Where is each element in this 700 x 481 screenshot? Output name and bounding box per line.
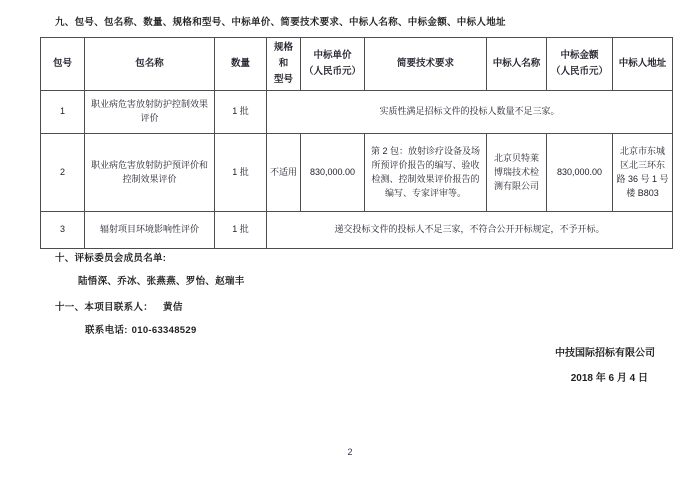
table-row: 3 辐射项目环境影响性评价 1 批 递交投标文件的投标人不足三家，不符合公开开标… [41,212,673,249]
table-row: 2 职业病危害放射防护预评价和控制效果评价 1 批 不适用 830,000.00… [41,134,673,212]
cell-quantity: 1 批 [215,134,267,212]
cell-tech-requirements: 第 2 包：放射诊疗设备及场所预评价报告的编写、验收检测、控制效果评价报告的编写… [365,134,487,212]
section11-line: 十一、本项目联系人：黄佶 [55,299,183,313]
contact-label: 十一、本项目联系人： [55,302,153,313]
header-spec-model: 规格和 型号 [267,38,301,91]
section10-title: 十、评标委员会成员名单: [55,250,166,264]
cell-package-no: 1 [41,91,85,134]
issue-date: 2018 年 6 月 4 日 [571,369,648,384]
cell-spec-model: 不适用 [267,134,301,212]
cell-award-amount: 830,000.00 [547,134,613,212]
header-winner-address: 中标人地址 [613,38,673,91]
cell-winner-name: 北京贝特莱博瑞技术检测有限公司 [487,134,547,212]
cell-merged-note: 递交投标文件的投标人不足三家，不符合公开开标规定，不予开标。 [267,212,673,249]
table-row: 1 职业病危害放射防护控制效果评价 1 批 实质性满足招标文件的投标人数量不足三… [41,91,673,134]
cell-package-name: 职业病危害放射防护预评价和控制效果评价 [85,134,215,212]
cell-package-no: 2 [41,134,85,212]
cell-package-name: 职业病危害放射防护控制效果评价 [85,91,215,134]
header-package-name: 包名称 [85,38,215,91]
phone-number: 010-63348529 [132,325,197,336]
cell-winner-address: 北京市东城区北三环东路 36 号 1 号楼 B803 [613,134,673,212]
cell-quantity: 1 批 [215,212,267,249]
cell-package-name: 辐射项目环境影响性评价 [85,212,215,249]
header-award-amount: 中标金额 （人民币元） [547,38,613,91]
phone-line: 联系电话:010-63348529 [85,322,197,336]
phone-label: 联系电话: [85,325,128,336]
award-results-table: 包号 包名称 数量 规格和 型号 中标单价 （人民币元） 简要技术要求 中标人名… [40,37,673,249]
table-header-row: 包号 包名称 数量 规格和 型号 中标单价 （人民币元） 简要技术要求 中标人名… [41,38,673,91]
section9-title: 九、包号、包名称、数量、规格和型号、中标单价、简要技术要求、中标人名称、中标金额… [55,14,506,28]
header-unit-price: 中标单价 （人民币元） [301,38,365,91]
issuing-company: 中技国际招标有限公司 [555,344,655,359]
cell-merged-note: 实质性满足招标文件的投标人数量不足三家。 [267,91,673,134]
header-tech-requirements: 简要技术要求 [365,38,487,91]
header-winner-name: 中标人名称 [487,38,547,91]
document-page: 九、包号、包名称、数量、规格和型号、中标单价、简要技术要求、中标人名称、中标金额… [0,0,700,481]
page-number: 2 [0,447,700,457]
cell-quantity: 1 批 [215,91,267,134]
committee-members: 陆悟深、乔冰、张燕燕、罗怡、赵瑞丰 [78,273,245,287]
contact-name: 黄佶 [163,302,183,313]
cell-unit-price: 830,000.00 [301,134,365,212]
header-package-no: 包号 [41,38,85,91]
cell-package-no: 3 [41,212,85,249]
header-quantity: 数量 [215,38,267,91]
